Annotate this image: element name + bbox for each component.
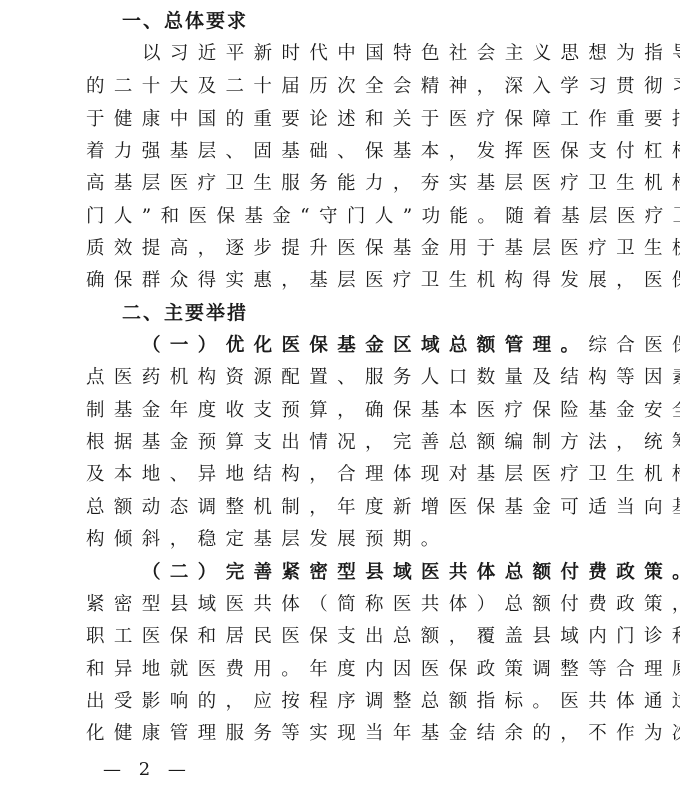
paragraph-line: 构倾斜，稳定基层发展预期。 — [86, 524, 596, 556]
section-heading-main-measures: 二、主要举措 — [122, 297, 632, 329]
paragraph-line: 制基金年度收支预算，确保基本医疗保险基金安全可持续运行。 — [86, 395, 596, 427]
page-number: — 2 — — [103, 758, 192, 782]
paragraph-line: 根据基金预算支出情况，完善总额编制方法，统筹住院、门诊以 — [86, 427, 596, 459]
paragraph-line: （一）优化医保基金区域总额管理。综合医保筹资水平、定 — [142, 330, 602, 362]
item-text: 综合医保筹资水平、定 — [588, 335, 680, 356]
paragraph-line: 职工医保和居民医保支出总额，覆盖县域内门诊和住院服务、本地 — [86, 621, 596, 653]
paragraph-line: 质效提高，逐步提升医保基金用于基层医疗卫生机构的支出比例， — [86, 233, 596, 265]
paragraph-line: （二）完善紧密型县域医共体总额付费政策。落实符合条件的 — [142, 557, 602, 589]
paragraph-line: 和异地就医费用。年度内因医保政策调整等合理原因导致医共体支 — [86, 654, 596, 686]
paragraph-line: 紧密型县域医共体（简称医共体）总额付费政策，合理确定医共体 — [86, 589, 596, 621]
item-title: （二）完善紧密型县域医共体总额付费政策。 — [142, 562, 680, 583]
paragraph-line: 点医药机构资源配置、服务人口数量及结构等因素，科学合理编 — [86, 362, 596, 394]
paragraph-line: 的二十大及二十届历次全会精神，深入学习贯彻习近平总书记关 — [86, 71, 596, 103]
paragraph-line: 以习近平新时代中国特色社会主义思想为指导，全面贯彻党 — [142, 38, 602, 70]
paragraph-line: 着力强基层、固基础、保基本，发挥医保支付杠杆作用，支持提 — [86, 136, 596, 168]
paragraph-line: 总额动态调整机制，年度新增医保基金可适当向基层医疗卫生机 — [86, 492, 596, 524]
section-heading-general-requirements: 一、总体要求 — [122, 5, 632, 37]
item-title: （一）优化医保基金区域总额管理。 — [142, 335, 588, 356]
document-page: 一、总体要求 以习近平新时代中国特色社会主义思想为指导，全面贯彻党 的二十大及二… — [0, 0, 680, 800]
paragraph-line: 出受影响的，应按程序调整总额指标。医共体通过精细化管理、强 — [86, 686, 596, 718]
paragraph-line: 确保群众得实惠，基层医疗卫生机构得发展，医保基金可持续。 — [86, 265, 596, 297]
paragraph-line: 化健康管理服务等实现当年基金结余的，不作为次年总额指标的调 — [86, 718, 596, 750]
paragraph-line: 及本地、异地结构，合理体现对基层医疗卫生机构的支持。健全 — [86, 459, 596, 491]
paragraph-line: 高基层医疗卫生服务能力，夯实基层医疗卫生机构群众健康“守 — [86, 168, 596, 200]
paragraph-line: 门人”和医保基金“守门人”功能。随着基层医疗卫生机构服务 — [86, 201, 596, 233]
paragraph-line: 于健康中国的重要论述和关于医疗保障工作重要指示批示精神， — [86, 104, 596, 136]
